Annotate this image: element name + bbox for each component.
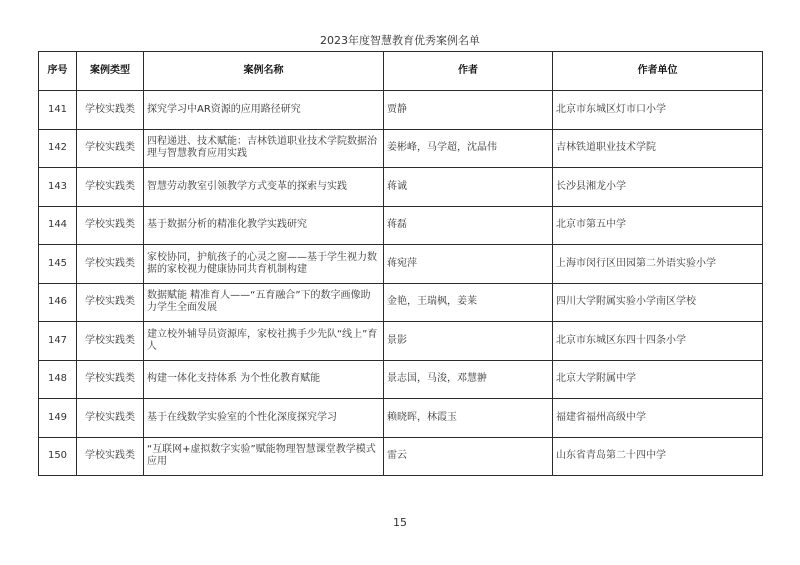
header-type: 案例类型 bbox=[77, 52, 144, 91]
table-row: 143 学校实践类 智慧劳动教室引领教学方式变革的探索与实践 蒋诚 长沙县湘龙小… bbox=[39, 168, 763, 207]
cell-no: 150 bbox=[39, 437, 77, 476]
table-row: 142 学校实践类 四程递进、技术赋能：吉林铁道职业技术学院数据治理与智慧教育应… bbox=[39, 129, 763, 168]
cell-org: 福建省福州高级中学 bbox=[553, 399, 763, 438]
header-no: 序号 bbox=[39, 52, 77, 91]
page-number: 15 bbox=[0, 516, 800, 529]
cell-org: 北京市东城区灯市口小学 bbox=[553, 91, 763, 130]
cell-org: 北京市第五中学 bbox=[553, 206, 763, 245]
cell-name: 智慧劳动教室引领教学方式变革的探索与实践 bbox=[144, 168, 384, 207]
cell-type: 学校实践类 bbox=[77, 322, 144, 361]
cell-name: 基于在线数学实验室的个性化深度探究学习 bbox=[144, 399, 384, 438]
cell-org: 上海市闵行区田园第二外语实验小学 bbox=[553, 245, 763, 284]
table-header-row: 序号 案例类型 案例名称 作者 作者单位 bbox=[39, 52, 763, 91]
cell-author: 金艳，王瑞枫，姜莱 bbox=[384, 283, 553, 322]
cell-name: 建立校外辅导员资源库，家校社携手少先队“线上”育人 bbox=[144, 322, 384, 361]
cell-org: 长沙县湘龙小学 bbox=[553, 168, 763, 207]
table-row: 146 学校实践类 数据赋能 精准育人——“五育融合”下的数字画像助力学生全面发… bbox=[39, 283, 763, 322]
cell-author: 景影 bbox=[384, 322, 553, 361]
table-row: 150 学校实践类 “互联网+虚拟数字实验”赋能物理智慧课堂教学模式应用 雷云 … bbox=[39, 437, 763, 476]
cell-author: 蒋诚 bbox=[384, 168, 553, 207]
header-org: 作者单位 bbox=[553, 52, 763, 91]
cell-name: 数据赋能 精准育人——“五育融合”下的数字画像助力学生全面发展 bbox=[144, 283, 384, 322]
cell-name: 探究学习中AR资源的应用路径研究 bbox=[144, 91, 384, 130]
cell-type: 学校实践类 bbox=[77, 399, 144, 438]
header-author: 作者 bbox=[384, 52, 553, 91]
cell-type: 学校实践类 bbox=[77, 206, 144, 245]
cell-org: 北京大学附属中学 bbox=[553, 360, 763, 399]
cell-type: 学校实践类 bbox=[77, 283, 144, 322]
table-row: 149 学校实践类 基于在线数学实验室的个性化深度探究学习 赖晓晖，林霞玉 福建… bbox=[39, 399, 763, 438]
cell-author: 蒋宛萍 bbox=[384, 245, 553, 284]
table-row: 148 学校实践类 构建一体化支持体系 为个性化教育赋能 景志国，马浚，邓慧翀 … bbox=[39, 360, 763, 399]
cell-type: 学校实践类 bbox=[77, 168, 144, 207]
cell-org: 四川大学附属实验小学南区学校 bbox=[553, 283, 763, 322]
cell-no: 141 bbox=[39, 91, 77, 130]
cell-author: 蒋磊 bbox=[384, 206, 553, 245]
cell-author: 景志国，马浚，邓慧翀 bbox=[384, 360, 553, 399]
cell-no: 143 bbox=[39, 168, 77, 207]
table-row: 144 学校实践类 基于数据分析的精准化教学实践研究 蒋磊 北京市第五中学 bbox=[39, 206, 763, 245]
cell-type: 学校实践类 bbox=[77, 129, 144, 168]
cell-no: 146 bbox=[39, 283, 77, 322]
cell-no: 147 bbox=[39, 322, 77, 361]
cell-name: 家校协同，护航孩子的心灵之窗——基于学生视力数据的家校视力健康协同共育机制构建 bbox=[144, 245, 384, 284]
cell-name: “互联网+虚拟数字实验”赋能物理智慧课堂教学模式应用 bbox=[144, 437, 384, 476]
cell-org: 山东省青岛第二十四中学 bbox=[553, 437, 763, 476]
cell-no: 149 bbox=[39, 399, 77, 438]
cell-no: 144 bbox=[39, 206, 77, 245]
cell-author: 姜彬峰，马学超，沈晶伟 bbox=[384, 129, 553, 168]
cell-org: 北京市东城区东四十四条小学 bbox=[553, 322, 763, 361]
cell-no: 148 bbox=[39, 360, 77, 399]
cell-org: 吉林铁道职业技术学院 bbox=[553, 129, 763, 168]
table-row: 147 学校实践类 建立校外辅导员资源库，家校社携手少先队“线上”育人 景影 北… bbox=[39, 322, 763, 361]
cell-author: 赖晓晖，林霞玉 bbox=[384, 399, 553, 438]
table-row: 141 学校实践类 探究学习中AR资源的应用路径研究 贾静 北京市东城区灯市口小… bbox=[39, 91, 763, 130]
cell-type: 学校实践类 bbox=[77, 91, 144, 130]
cell-no: 142 bbox=[39, 129, 77, 168]
table-row: 145 学校实践类 家校协同，护航孩子的心灵之窗——基于学生视力数据的家校视力健… bbox=[39, 245, 763, 284]
cell-author: 贾静 bbox=[384, 91, 553, 130]
cell-type: 学校实践类 bbox=[77, 437, 144, 476]
cell-type: 学校实践类 bbox=[77, 245, 144, 284]
cell-name: 基于数据分析的精准化教学实践研究 bbox=[144, 206, 384, 245]
cell-name: 四程递进、技术赋能：吉林铁道职业技术学院数据治理与智慧教育应用实践 bbox=[144, 129, 384, 168]
cases-table: 序号 案例类型 案例名称 作者 作者单位 141 学校实践类 探究学习中AR资源… bbox=[38, 51, 763, 476]
cell-no: 145 bbox=[39, 245, 77, 284]
cell-name: 构建一体化支持体系 为个性化教育赋能 bbox=[144, 360, 384, 399]
document-title: 2023年度智慧教育优秀案例名单 bbox=[0, 32, 800, 48]
header-name: 案例名称 bbox=[144, 52, 384, 91]
cell-author: 雷云 bbox=[384, 437, 553, 476]
cell-type: 学校实践类 bbox=[77, 360, 144, 399]
